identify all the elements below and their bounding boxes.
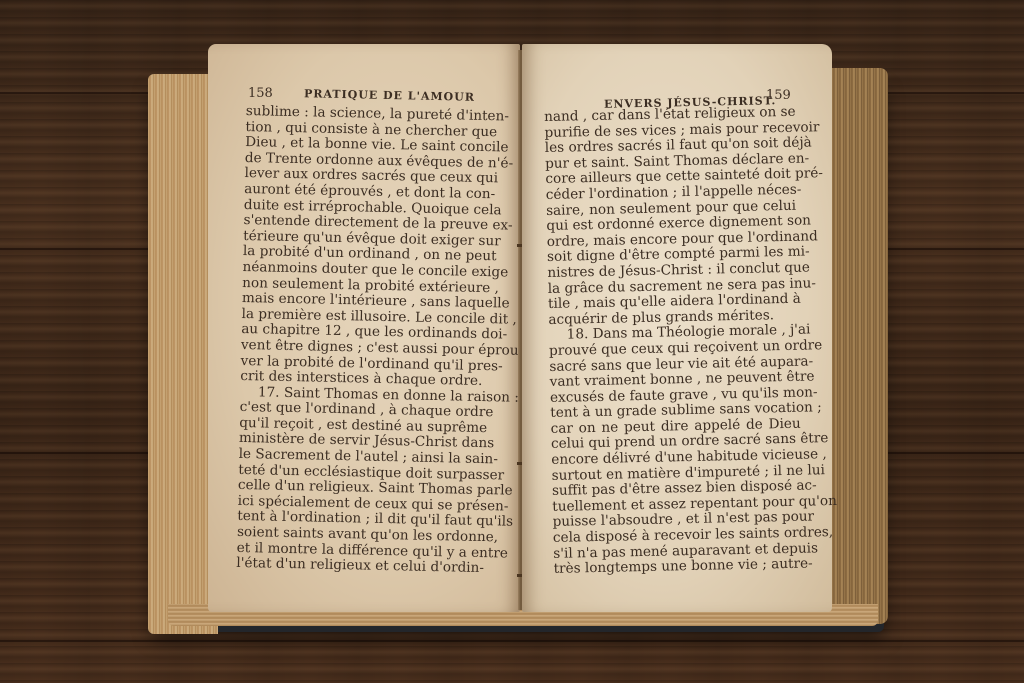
page-number: 158 [248,86,273,101]
page-number: 159 [766,88,791,103]
page-text: nand , car dans l'état religieux on se p… [544,105,804,578]
wood-plank-seam [0,640,1024,642]
open-book: 158 PRATIQUE DE L'AMOUR sublime : la sci… [148,44,888,634]
text-line: très longtemps une bonne vie ; autre- [553,557,803,578]
text-line: l'état d'un religieux et celui d'ordin- [236,556,474,577]
left-page: 158 PRATIQUE DE L'AMOUR sublime : la sci… [208,44,520,612]
page-block-right-edge [826,68,888,624]
right-page: ENVERS JÉSUS-CHRIST. 159 nand , car dans… [522,44,832,612]
running-head: PRATIQUE DE L'AMOUR [304,87,475,104]
page-text: sublime : la science, la pureté d'inten-… [236,104,484,577]
